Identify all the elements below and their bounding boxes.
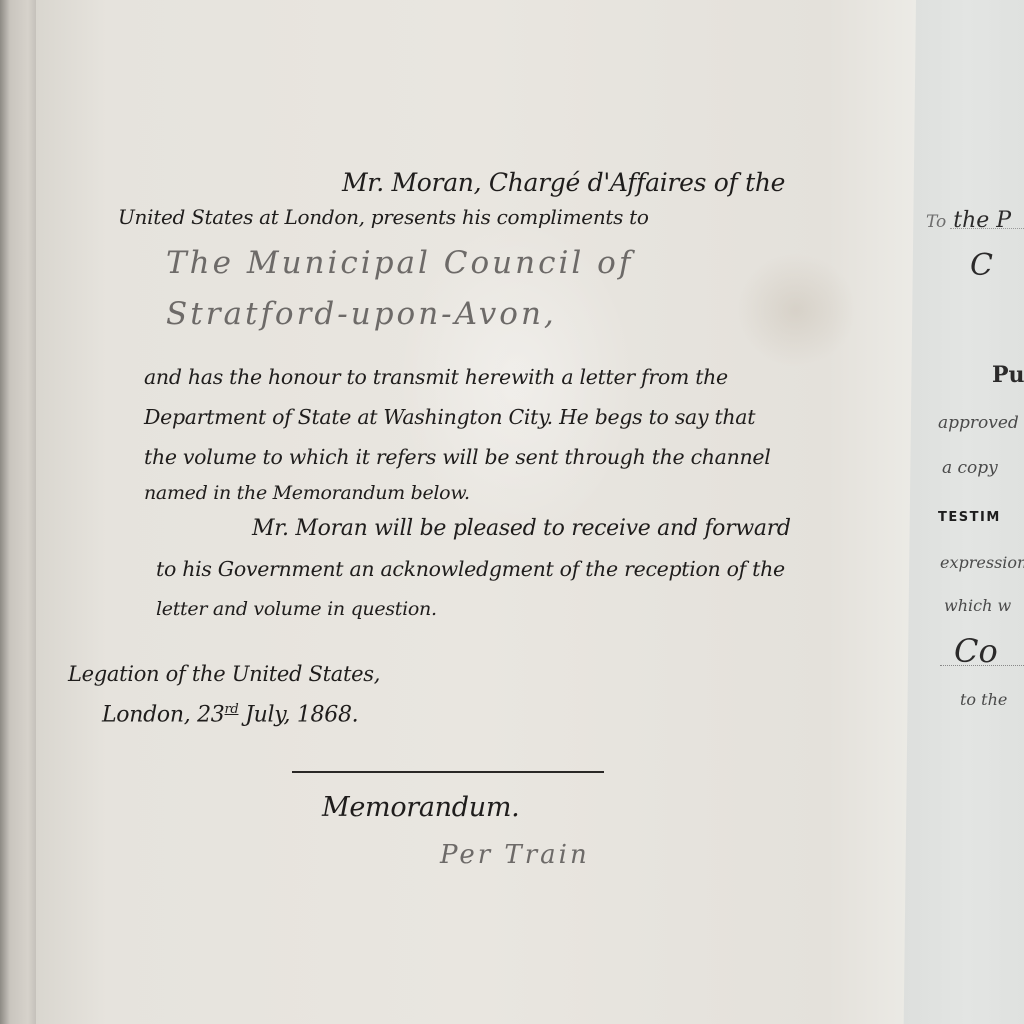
addressee-line-1: The Municipal Council of — [166, 245, 633, 281]
right-fragment-to: To — [926, 212, 946, 232]
main-letter-sheet: Mr. Moran, Chargé d'Affaires of the Unit… — [36, 0, 916, 1024]
letter-line-2: United States at London, presents his co… — [118, 205, 649, 229]
letter-line-11: letter and volume in question. — [156, 598, 437, 620]
right-sheet-addressee: To the P — [926, 208, 1011, 233]
addressee-line-2: Stratford-upon-Avon, — [166, 296, 557, 332]
right-fragment-the-p: the P — [953, 208, 1011, 233]
letter-line-9: Mr. Moran will be pleased to receive and… — [252, 516, 791, 541]
right-fragment-copy: a copy — [942, 458, 998, 478]
memorandum-entry: Per Train — [440, 840, 590, 870]
letter-line-1: Mr. Moran, Chargé d'Affaires of the — [342, 168, 785, 197]
dotted-fill-line — [940, 665, 1024, 666]
letter-line-6: Department of State at Washington City. … — [144, 405, 755, 429]
memorandum-divider — [292, 771, 604, 773]
memorandum-heading: Memorandum. — [322, 792, 519, 823]
date-line: London, 23rd July, 1868. — [102, 702, 358, 727]
legation-line: Legation of the United States, — [68, 662, 380, 686]
right-fragment-testimonial: TESTIM — [938, 510, 1001, 525]
right-fragment-approved: approved — [938, 413, 1019, 433]
letter-line-5: and has the honour to transmit herewith … — [144, 365, 728, 389]
letter-line-7: the volume to which it refers will be se… — [144, 445, 771, 469]
underlying-sheet-edge — [0, 0, 40, 1024]
letter-line-10: to his Government an acknowledgment of t… — [156, 557, 785, 581]
right-fragment-expression: expression — [940, 553, 1024, 572]
right-fragment-heading: Pu — [992, 362, 1024, 388]
right-fragment-which: which w — [944, 596, 1011, 615]
right-fragment-to-the: to the — [960, 690, 1007, 709]
date-ordinal: rd — [225, 702, 239, 717]
letter-line-8: named in the Memorandum below. — [144, 482, 470, 504]
right-fragment-c: C — [970, 248, 993, 283]
date-prefix: London, 23 — [102, 702, 225, 727]
date-suffix: July, 1868. — [238, 702, 358, 727]
